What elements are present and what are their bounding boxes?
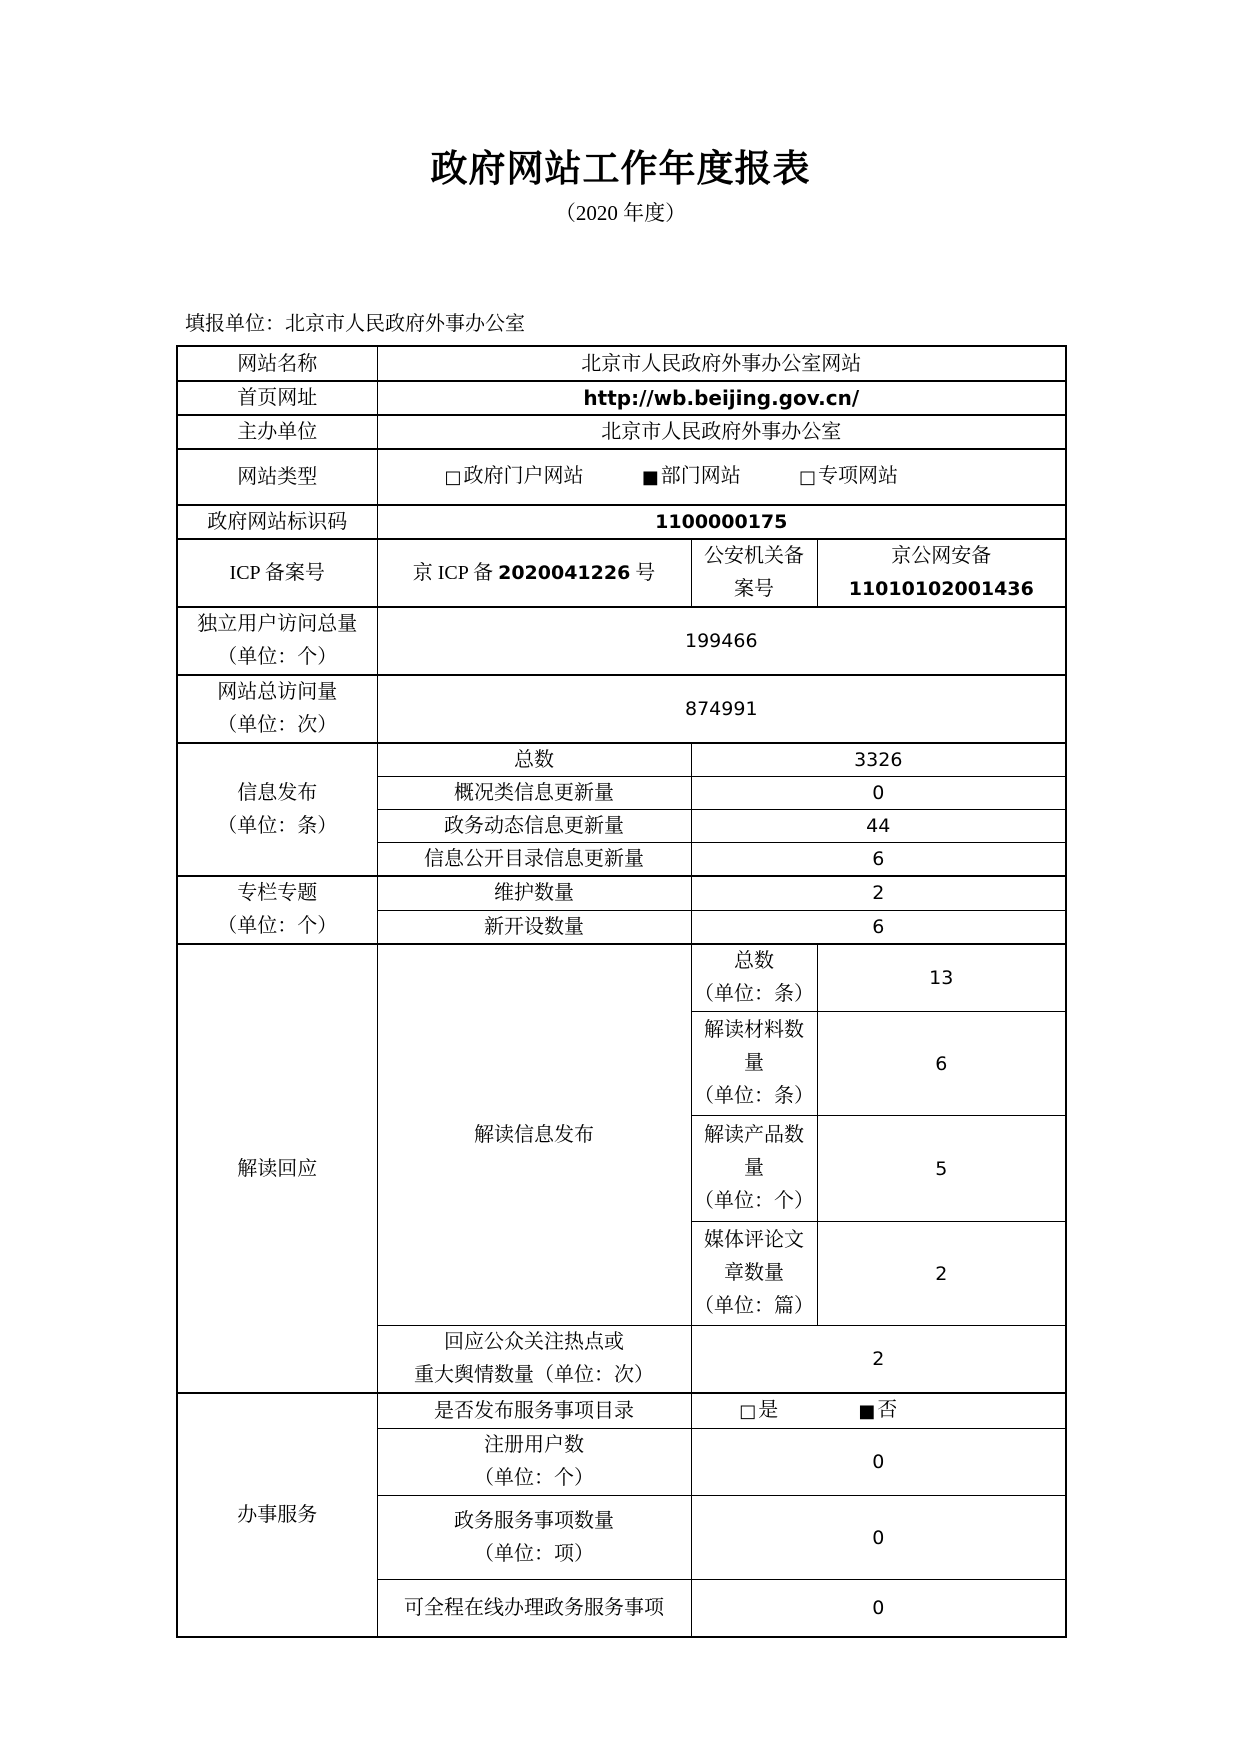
info-publish-news-label: 政务动态信息更新量 [377,810,691,843]
services-catalog-option-no: ■否 [858,1394,897,1428]
registered-users-value: 0 [691,1429,1066,1496]
home-url-value: http://wb.beijing.gov.cn/ [377,381,1066,415]
interpret-media-value: 2 [817,1222,1066,1326]
row-organizer: 主办单位 北京市人民政府外事办公室 [177,415,1066,449]
police-record-value-line1: 京公网安备 [820,540,1064,573]
site-code-label: 政府网站标识码 [177,505,377,539]
report-page: 政府网站工作年度报表 （2020 年度） 填报单位：北京市人民政府外事办公室 网… [0,0,1241,1754]
registered-users-label-line1: 注册用户数 [380,1429,689,1462]
interpret-hotspot-value: 2 [691,1326,1066,1394]
interpret-products-label-line1: 解读产品数 [694,1119,815,1152]
icp-label: ICP 备案号 [177,539,377,607]
home-url-label: 首页网址 [177,381,377,415]
topics-new-label: 新开设数量 [377,910,691,944]
annual-report-table: 网站名称 北京市人民政府外事办公室网站 首页网址 http://wb.beiji… [176,345,1067,1638]
site-type-option-portal: □政府门户网站 [445,460,584,494]
row-interpret-total: 解读回应 解读信息发布 总数 （单位：条） 13 [177,944,1066,1012]
unique-visitors-label: 独立用户访问总量 （单位：个） [177,607,377,675]
interpret-hotspot-label-line1: 回应公众关注热点或 [380,1326,689,1359]
row-services-catalog: 办事服务 是否发布服务事项目录 □是 ■否 [177,1393,1066,1429]
topics-new-value: 6 [691,910,1066,944]
page-title: 政府网站工作年度报表 [0,138,1241,192]
info-publish-total-value: 3326 [691,743,1066,777]
reporting-unit-line: 填报单位：北京市人民政府外事办公室 [185,307,525,336]
police-record-label-line1: 公安机关备 [694,540,815,573]
interpret-total-label-line2: （单位：条） [694,978,815,1011]
row-icp: ICP 备案号 京 ICP 备 2020041226 号 公安机关备 案号 京公… [177,539,1066,607]
site-type-option-special: □专项网站 [799,460,898,494]
interpret-media-label-line2: 章数量 [694,1257,815,1290]
interpret-materials-label: 解读材料数 量 （单位：条） [691,1012,817,1116]
topics-group-line2: （单位：个） [180,910,375,943]
info-publish-overview-label: 概况类信息更新量 [377,777,691,810]
site-name-value: 北京市人民政府外事办公室网站 [377,346,1066,381]
icp-value: 京 ICP 备 2020041226 号 [377,539,691,607]
checkbox-checked-icon: ■ [858,1396,875,1428]
interpret-group-label: 解读回应 [177,944,377,1393]
checkbox-checked-icon: ■ [642,462,659,494]
registered-users-label-line2: （单位：个） [380,1462,689,1495]
unique-visitors-label-line1: 独立用户访问总量 [180,608,375,641]
row-topics-maintained: 专栏专题 （单位：个） 维护数量 2 [177,876,1066,910]
interpret-products-label: 解读产品数 量 （单位：个） [691,1116,817,1222]
registered-users-label: 注册用户数 （单位：个） [377,1429,691,1496]
police-record-label-line2: 案号 [694,573,815,606]
row-site-code: 政府网站标识码 1100000175 [177,505,1066,539]
interpret-products-label-line3: （单位：个） [694,1185,815,1218]
interpret-hotspot-label: 回应公众关注热点或 重大舆情数量（单位：次） [377,1326,691,1394]
row-unique-visitors: 独立用户访问总量 （单位：个） 199466 [177,607,1066,675]
services-catalog-option-yes: □是 [739,1394,778,1428]
row-home-url: 首页网址 http://wb.beijing.gov.cn/ [177,381,1066,415]
row-site-name: 网站名称 北京市人民政府外事办公室网站 [177,346,1066,381]
icp-value-prefix: 京 ICP 备 [413,562,498,584]
unique-visitors-value: 199466 [377,607,1066,675]
service-items-value: 0 [691,1496,1066,1580]
checkbox-unchecked-icon: □ [445,462,462,494]
checkbox-unchecked-icon: □ [739,1396,756,1428]
total-visits-label-line1: 网站总访问量 [180,676,375,709]
interpret-media-label: 媒体评论文 章数量 （单位：篇） [691,1222,817,1326]
topics-maintained-label: 维护数量 [377,876,691,910]
organizer-label: 主办单位 [177,415,377,449]
topics-group-label: 专栏专题 （单位：个） [177,876,377,944]
services-catalog-value: □是 ■否 [691,1393,1066,1429]
checkbox-unchecked-icon: □ [799,462,816,494]
interpret-products-label-line2: 量 [694,1152,815,1185]
site-type-value: □政府门户网站 ■部门网站 □专项网站 [377,449,1066,505]
services-catalog-option-no-label: 否 [877,1399,897,1421]
service-items-label: 政务服务事项数量 （单位：项） [377,1496,691,1580]
topics-group-line1: 专栏专题 [180,877,375,910]
total-visits-value: 874991 [377,675,1066,743]
row-total-visits: 网站总访问量 （单位：次） 874991 [177,675,1066,743]
info-publish-group-line2: （单位：条） [180,810,375,843]
interpret-media-label-line1: 媒体评论文 [694,1224,815,1257]
site-name-label: 网站名称 [177,346,377,381]
topics-maintained-value: 2 [691,876,1066,910]
interpret-materials-label-line2: 量 [694,1047,815,1080]
info-publish-catalog-label: 信息公开目录信息更新量 [377,843,691,877]
info-publish-total-label: 总数 [377,743,691,777]
row-info-publish-total: 信息发布 （单位：条） 总数 3326 [177,743,1066,777]
site-type-option-department-label: 部门网站 [661,465,741,487]
service-items-label-line1: 政务服务事项数量 [380,1505,689,1538]
site-type-label: 网站类型 [177,449,377,505]
interpret-total-label: 总数 （单位：条） [691,944,817,1012]
police-record-value-line2: 11010102001436 [820,573,1064,606]
info-publish-group-label: 信息发布 （单位：条） [177,743,377,876]
services-catalog-label: 是否发布服务事项目录 [377,1393,691,1429]
interpret-media-label-line3: （单位：篇） [694,1290,815,1323]
row-site-type: 网站类型 □政府门户网站 ■部门网站 □专项网站 [177,449,1066,505]
info-publish-catalog-value: 6 [691,843,1066,877]
site-type-option-department: ■部门网站 [642,460,741,494]
services-catalog-option-yes-label: 是 [758,1399,778,1421]
interpret-publish-label: 解读信息发布 [377,944,691,1326]
unique-visitors-label-line2: （单位：个） [180,641,375,674]
interpret-materials-value: 6 [817,1012,1066,1116]
interpret-materials-label-line3: （单位：条） [694,1080,815,1113]
page-subtitle-year: （2020 年度） [0,197,1241,227]
info-publish-group-line1: 信息发布 [180,777,375,810]
police-record-value: 京公网安备 11010102001436 [817,539,1066,607]
total-visits-label: 网站总访问量 （单位：次） [177,675,377,743]
info-publish-news-value: 44 [691,810,1066,843]
organizer-value: 北京市人民政府外事办公室 [377,415,1066,449]
service-items-label-line2: （单位：项） [380,1538,689,1571]
site-type-option-special-label: 专项网站 [818,465,898,487]
icp-value-digits: 2020041226 [498,562,630,584]
info-publish-overview-value: 0 [691,777,1066,810]
police-record-label: 公安机关备 案号 [691,539,817,607]
online-items-value: 0 [691,1580,1066,1637]
interpret-total-label-line1: 总数 [694,945,815,978]
total-visits-label-line2: （单位：次） [180,709,375,742]
interpret-products-value: 5 [817,1116,1066,1222]
interpret-hotspot-label-line2: 重大舆情数量（单位：次） [380,1359,689,1392]
site-code-value: 1100000175 [377,505,1066,539]
interpret-materials-label-line1: 解读材料数 [694,1014,815,1047]
online-items-label: 可全程在线办理政务服务事项 [377,1580,691,1637]
services-group-label: 办事服务 [177,1393,377,1637]
interpret-total-value: 13 [817,944,1066,1012]
icp-value-suffix: 号 [630,562,655,584]
site-type-option-portal-label: 政府门户网站 [464,465,584,487]
